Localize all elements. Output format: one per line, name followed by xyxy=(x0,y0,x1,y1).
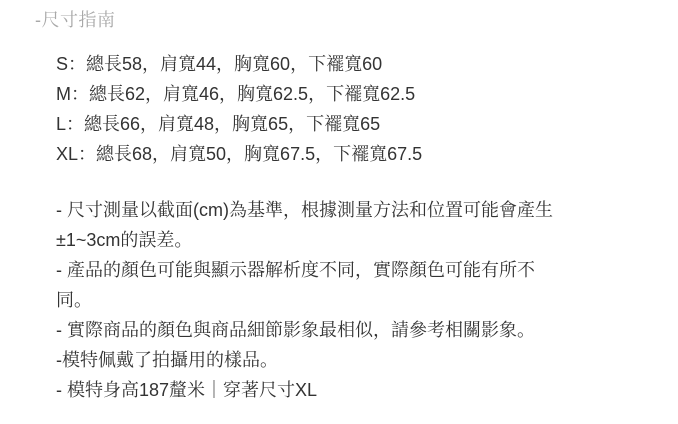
size-row-s: S：總長58，肩寬44，胸寬60，下襬寬60 xyxy=(56,49,648,79)
section-title: -尺寸指南 xyxy=(35,5,648,35)
size-row-xl: XL：總長68，肩寬50，胸寬67.5，下襬寬67.5 xyxy=(56,139,648,169)
size-list: S：總長58，肩寬44，胸寬60，下襬寬60 M：總長62，肩寬46，胸寬62.… xyxy=(56,49,648,169)
size-row-l: L：總長66，肩寬48，胸寬65，下襬寬65 xyxy=(56,109,648,139)
note-sample-item: -模特佩戴了拍攝用的樣品。 xyxy=(56,345,564,375)
note-list: - 尺寸測量以截面(cm)為基準，根據測量方法和位置可能會產生 ±1~3cm的誤… xyxy=(56,195,564,405)
note-color-reference: - 實際商品的顏色與商品細節影象最相似，請參考相關影象。 xyxy=(56,315,564,345)
note-color-difference: - 產品的顏色可能與顯示器解析度不同，實際顏色可能有所不 同。 xyxy=(56,255,564,315)
size-guide-content: S：總長58，肩寬44，胸寬60，下襬寬60 M：總長62，肩寬46，胸寬62.… xyxy=(35,49,648,405)
note-measurement-tolerance: - 尺寸測量以截面(cm)為基準，根據測量方法和位置可能會產生 ±1~3cm的誤… xyxy=(56,195,564,255)
size-row-m: M：總長62，肩寬46，胸寬62.5，下襬寬62.5 xyxy=(56,79,648,109)
size-guide-section: -尺寸指南 S：總長58，肩寬44，胸寬60，下襬寬60 M：總長62，肩寬46… xyxy=(0,0,678,424)
note-model-info: - 模特身高187釐米｜穿著尺寸XL xyxy=(56,375,564,405)
